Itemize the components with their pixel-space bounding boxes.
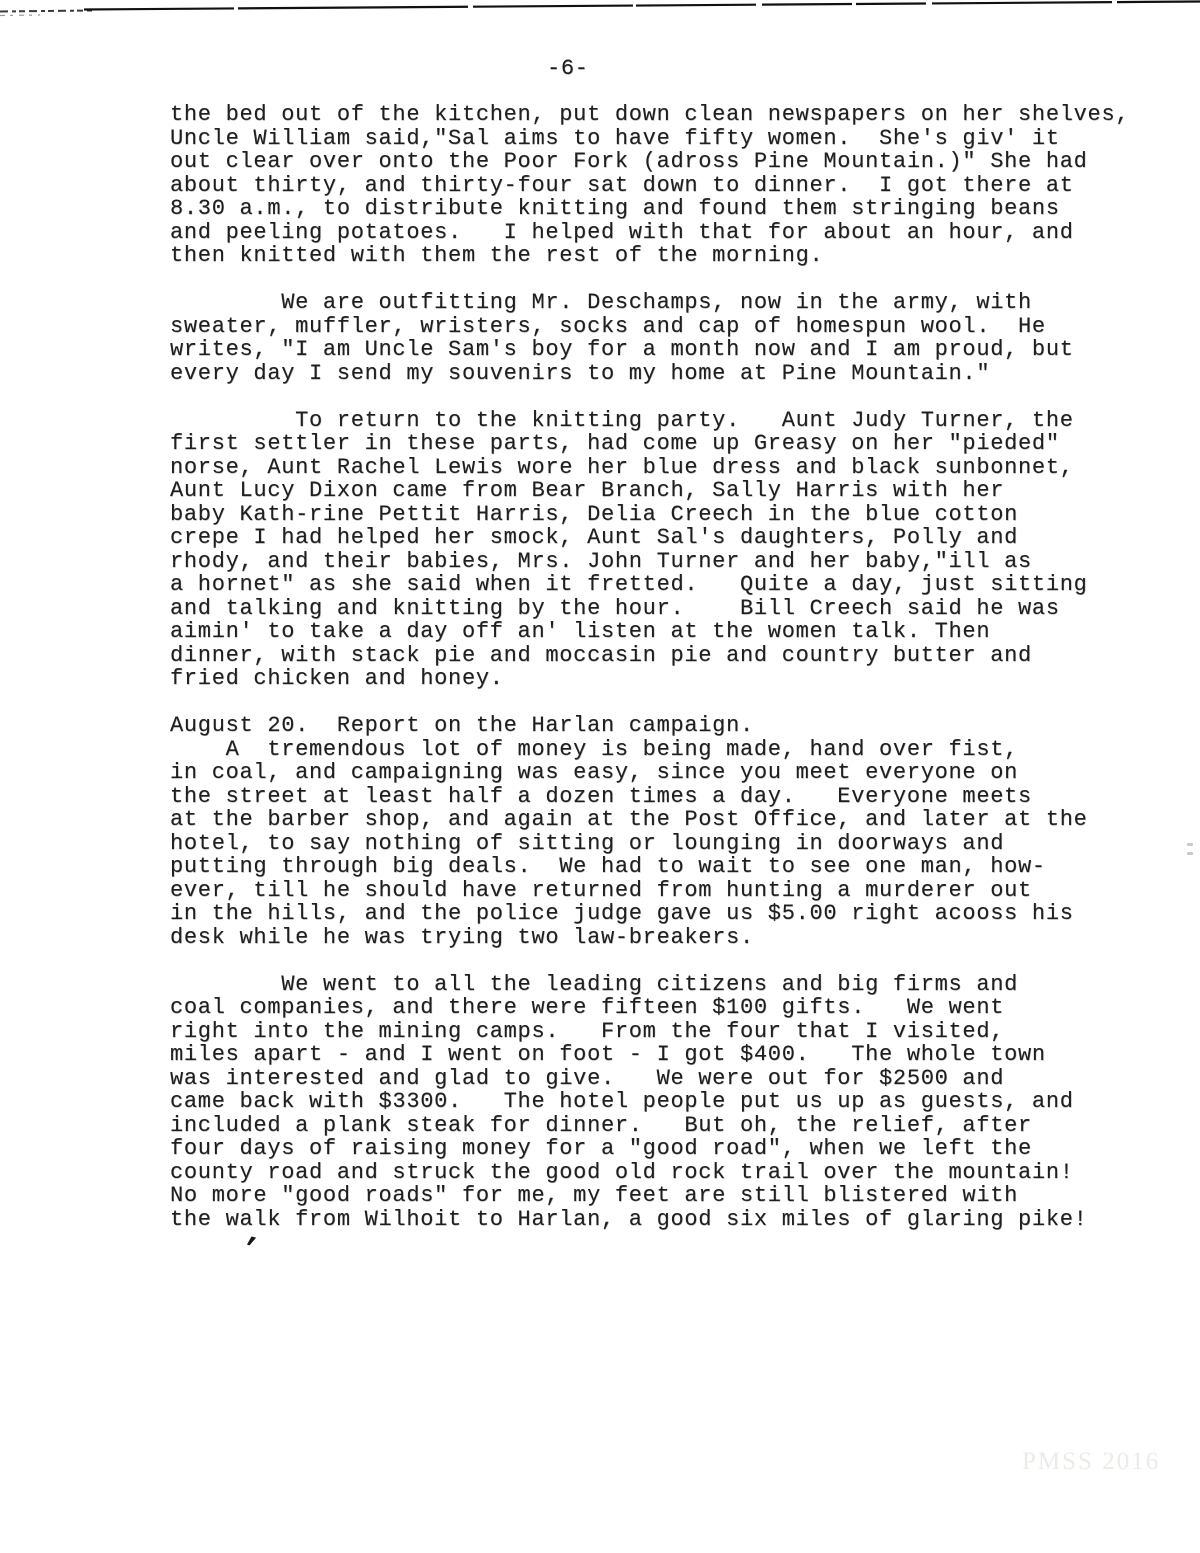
document-page: -6- the bed out of the kitchen, put down… xyxy=(0,0,1200,1553)
typed-line: desk while he was trying two law-breaker… xyxy=(170,926,1160,950)
typed-line: right into the mining camps. From the fo… xyxy=(170,1020,1160,1044)
typed-line: in coal, and campaigning was easy, since… xyxy=(170,761,1160,785)
typed-line: rhody, and their babies, Mrs. John Turne… xyxy=(170,550,1160,574)
typed-line xyxy=(170,268,1160,292)
typed-line: miles apart - and I went on foot - I got… xyxy=(170,1043,1160,1067)
typed-line: ever, till he should have returned from … xyxy=(170,879,1160,903)
typed-line: aimin' to take a day off an' listen at t… xyxy=(170,620,1160,644)
typed-line: sweater, muffler, wristers, socks and ca… xyxy=(170,315,1160,339)
typed-line: crepe I had helped her smock, Aunt Sal's… xyxy=(170,526,1160,550)
typed-line: came back with $3300. The hotel people p… xyxy=(170,1090,1160,1114)
typed-line: Aunt Lucy Dixon came from Bear Branch, S… xyxy=(170,479,1160,503)
typed-line: the street at least half a dozen times a… xyxy=(170,785,1160,809)
typed-line: Uncle William said,"Sal aims to have fif… xyxy=(170,127,1160,151)
watermark: PMSS 2016 xyxy=(1022,1448,1160,1476)
typed-line: included a plank steak for dinner. But o… xyxy=(170,1114,1160,1138)
typed-line: and talking and knitting by the hour. Bi… xyxy=(170,597,1160,621)
typed-line: No more "good roads" for me, my feet are… xyxy=(170,1184,1160,1208)
typed-line: four days of raising money for a "good r… xyxy=(170,1137,1160,1161)
typed-line: at the barber shop, and again at the Pos… xyxy=(170,808,1160,832)
typed-line: fried chicken and honey. xyxy=(170,667,1160,691)
typed-line: the bed out of the kitchen, put down cle… xyxy=(170,103,1160,127)
typed-line: county road and struck the good old rock… xyxy=(170,1161,1160,1185)
typed-line xyxy=(170,385,1160,409)
typed-line: August 20. Report on the Harlan campaign… xyxy=(170,714,1160,738)
typed-line: We are outfitting Mr. Deschamps, now in … xyxy=(170,291,1160,315)
typed-line: and peeling potatoes. I helped with that… xyxy=(170,221,1160,245)
typed-line xyxy=(170,691,1160,715)
typed-line: writes, "I am Uncle Sam's boy for a mont… xyxy=(170,338,1160,362)
typed-line: the walk from Wilhoit to Harlan, a good … xyxy=(170,1208,1160,1232)
typed-line: about thirty, and thirty-four sat down t… xyxy=(170,174,1160,198)
scan-artifact-line xyxy=(0,0,1200,22)
typed-line: in the hills, and the police judge gave … xyxy=(170,902,1160,926)
typed-line: norse, Aunt Rachel Lewis wore her blue d… xyxy=(170,456,1160,480)
typed-line: then knitted with them the rest of the m… xyxy=(170,244,1160,268)
page-number: -6- xyxy=(547,56,589,81)
scan-edge-mark xyxy=(1187,843,1195,869)
stray-ink-mark: ’ xyxy=(236,1232,262,1269)
typed-line: coal companies, and there were fifteen $… xyxy=(170,996,1160,1020)
typed-line: dinner, with stack pie and moccasin pie … xyxy=(170,644,1160,668)
typed-line: 8.30 a.m., to distribute knitting and fo… xyxy=(170,197,1160,221)
typed-line: out clear over onto the Poor Fork (adros… xyxy=(170,150,1160,174)
typed-line: first settler in these parts, had come u… xyxy=(170,432,1160,456)
typed-line: A tremendous lot of money is being made,… xyxy=(170,738,1160,762)
typed-line: To return to the knitting party. Aunt Ju… xyxy=(170,409,1160,433)
typed-line: a hornet" as she said when it fretted. Q… xyxy=(170,573,1160,597)
typed-line: was interested and glad to give. We were… xyxy=(170,1067,1160,1091)
typed-line: baby Kath-rine Pettit Harris, Delia Cree… xyxy=(170,503,1160,527)
typed-text-block: the bed out of the kitchen, put down cle… xyxy=(170,103,1160,1231)
typed-line: putting through big deals. We had to wai… xyxy=(170,855,1160,879)
typed-line xyxy=(170,949,1160,973)
typed-line: every day I send my souvenirs to my home… xyxy=(170,362,1160,386)
typed-line: hotel, to say nothing of sitting or loun… xyxy=(170,832,1160,856)
typed-line: We went to all the leading citizens and … xyxy=(170,973,1160,997)
